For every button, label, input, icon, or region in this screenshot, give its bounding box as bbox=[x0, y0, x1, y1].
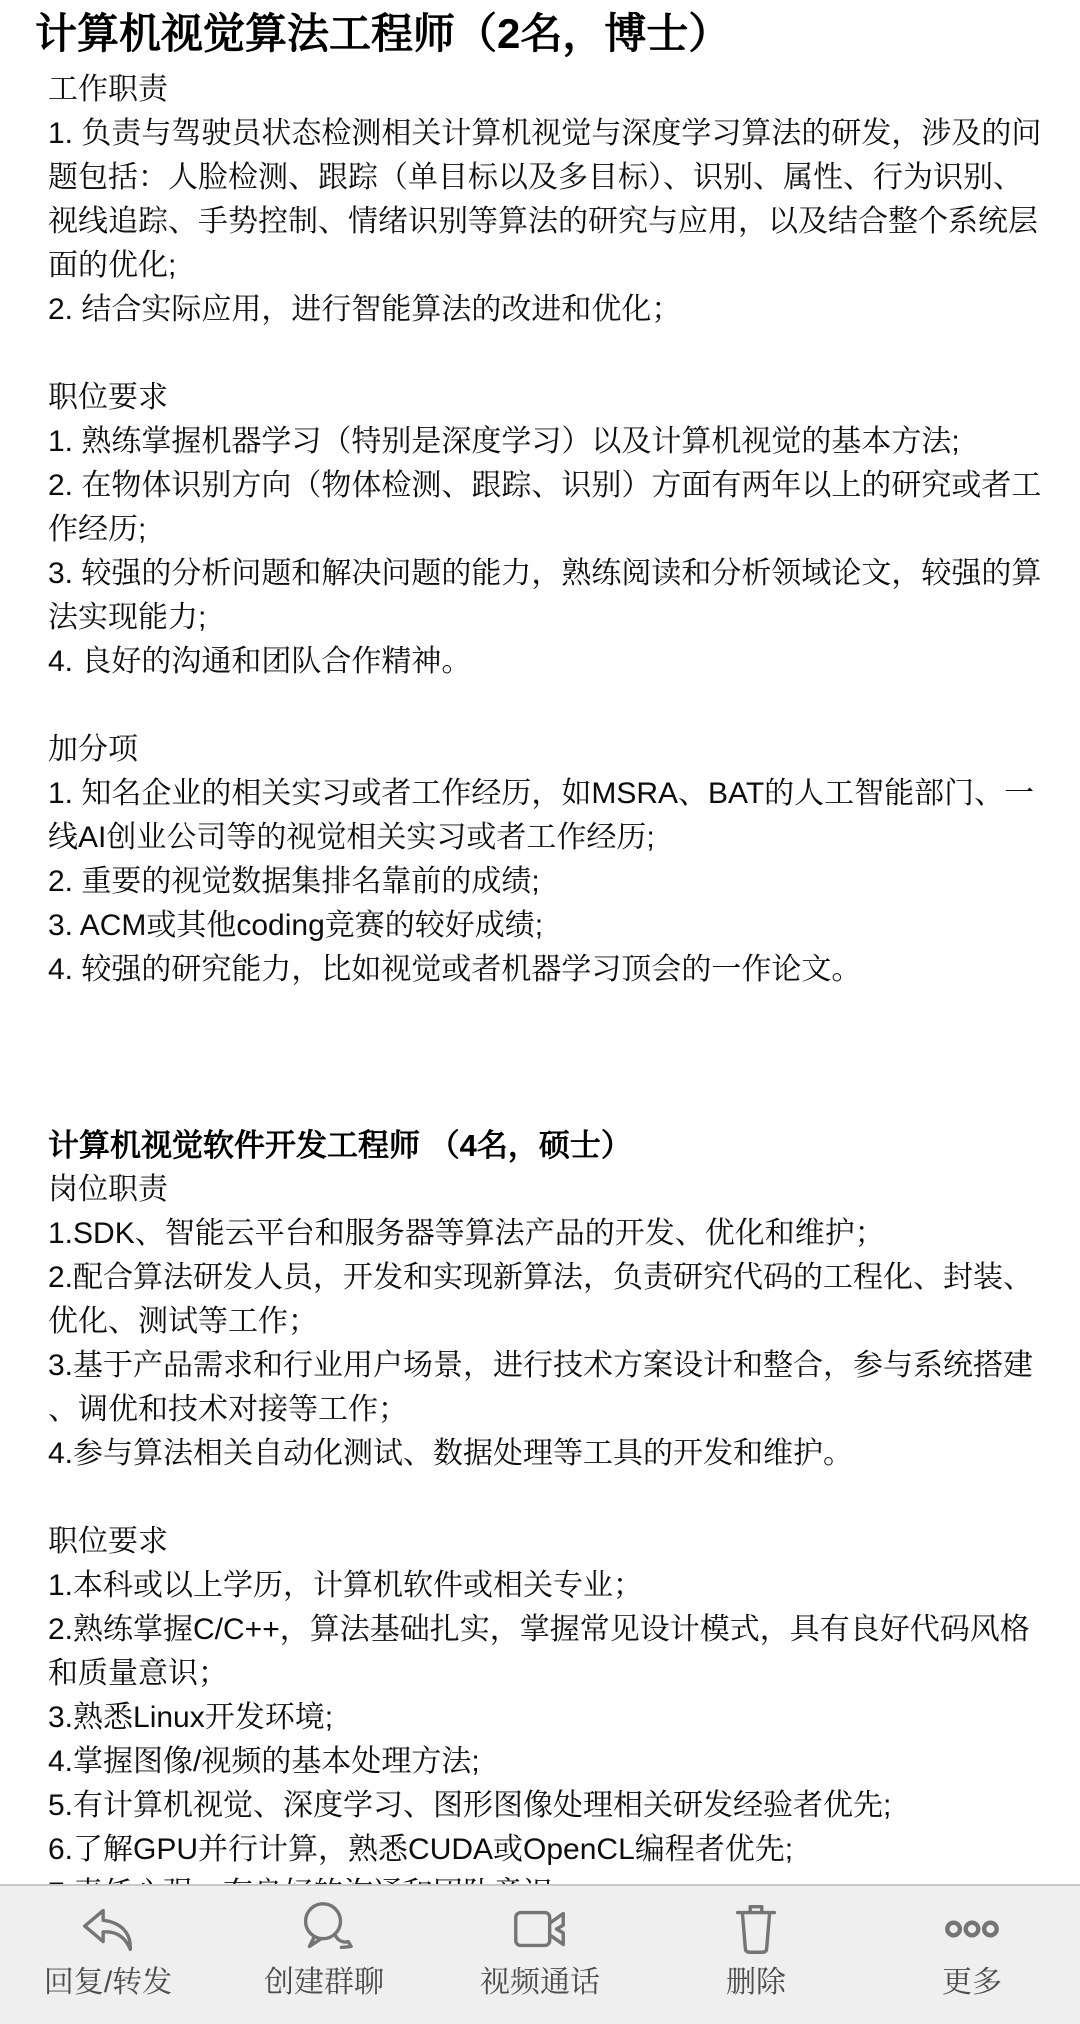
job2-section-duties-heading: 岗位职责 bbox=[48, 1168, 1046, 1212]
job1-requirement-item: 2. 在物体识别方向（物体检测、跟踪、识别）方面有两年以上的研究或者工作经历; bbox=[48, 464, 1046, 552]
bottom-action-toolbar: 回复/转发 创建群聊 视频通话 bbox=[0, 1884, 1080, 2024]
job1-requirement-item: 3. 较强的分析问题和解决问题的能力，熟练阅读和分析领域论文，较强的算法实现能力… bbox=[48, 552, 1046, 640]
job1-responsibility-item: 2. 结合实际应用，进行智能算法的改进和优化； bbox=[48, 288, 1046, 332]
more-button[interactable]: 更多 bbox=[864, 1886, 1080, 2024]
toolbar-item-label: 更多 bbox=[942, 1966, 1002, 2000]
job1-requirement-item: 1. 熟练掌握机器学习（特别是深度学习）以及计算机视觉的基本方法; bbox=[48, 420, 1046, 464]
message-detail-screen: 计算机视觉算法工程师（2名，博士） 工作职责 1. 负责与驾驶员状态检测相关计算… bbox=[0, 0, 1080, 2024]
job2-duty-item: 4.参与算法相关自动化测试、数据处理等工具的开发和维护。 bbox=[48, 1432, 1046, 1476]
create-group-chat-button[interactable]: 创建群聊 bbox=[216, 1886, 432, 2024]
job2-requirement-item: 1.本科或以上学历，计算机软件或相关专业； bbox=[48, 1564, 1046, 1608]
toolbar-item-label: 创建群聊 bbox=[264, 1966, 384, 2000]
job1-requirement-item: 4. 良好的沟通和团队合作精神。 bbox=[48, 640, 1046, 684]
job2-requirement-item: 6.了解GPU并行计算，熟悉CUDA或OpenCL编程者优先; bbox=[48, 1828, 1046, 1872]
job2-duty-item: 2.配合算法研发人员，开发和实现新算法，负责研究代码的工程化、封装、优化、测试等… bbox=[48, 1256, 1046, 1344]
job-posting-document: 计算机视觉算法工程师（2名，博士） 工作职责 1. 负责与驾驶员状态检测相关计算… bbox=[0, 0, 1080, 1916]
spacer bbox=[48, 992, 1046, 1124]
job1-title: 计算机视觉算法工程师（2名，博士） bbox=[35, 8, 1046, 60]
spacer bbox=[48, 332, 1046, 376]
toolbar-item-label: 视频通话 bbox=[480, 1966, 600, 2000]
job1-section-bonus-heading: 加分项 bbox=[48, 728, 1046, 772]
job1-section-requirements-heading: 职位要求 bbox=[48, 376, 1046, 420]
video-call-button[interactable]: 视频通话 bbox=[432, 1886, 648, 2024]
job1-responsibility-item: 1. 负责与驾驶员状态检测相关计算机视觉与深度学习算法的研发，涉及的问题包括：人… bbox=[48, 112, 1046, 288]
job1-bonus-item: 2. 重要的视觉数据集排名靠前的成绩; bbox=[48, 860, 1046, 904]
job1-bonus-item: 1. 知名企业的相关实习或者工作经历，如MSRA、BAT的人工智能部门、一线AI… bbox=[48, 772, 1046, 860]
delete-button[interactable]: 删除 bbox=[648, 1886, 864, 2024]
reply-forward-button[interactable]: 回复/转发 bbox=[0, 1886, 216, 2024]
job2-requirement-item: 3.熟悉Linux开发环境; bbox=[48, 1696, 1046, 1740]
job1-section-responsibilities-heading: 工作职责 bbox=[48, 68, 1046, 112]
spacer bbox=[48, 684, 1046, 728]
spacer bbox=[48, 1476, 1046, 1520]
job2-duty-item: 1.SDK、智能云平台和服务器等算法产品的开发、优化和维护； bbox=[48, 1212, 1046, 1256]
delete-icon bbox=[725, 1898, 787, 1960]
job2-requirement-item: 4.掌握图像/视频的基本处理方法; bbox=[48, 1740, 1046, 1784]
job2-section-requirements-heading: 职位要求 bbox=[48, 1520, 1046, 1564]
more-icon bbox=[941, 1898, 1003, 1960]
job2-duty-item: 3.基于产品需求和行业用户场景，进行技术方案设计和整合，参与系统搭建、调优和技术… bbox=[48, 1344, 1046, 1432]
toolbar-item-label: 回复/转发 bbox=[44, 1966, 172, 2000]
toolbar-item-label: 删除 bbox=[726, 1966, 786, 2000]
job1-bonus-item: 4. 较强的研究能力，比如视觉或者机器学习顶会的一作论文。 bbox=[48, 948, 1046, 992]
create-group-chat-icon bbox=[293, 1898, 355, 1960]
job2-requirement-item: 5.有计算机视觉、深度学习、图形图像处理相关研发经验者优先; bbox=[48, 1784, 1046, 1828]
video-call-icon bbox=[509, 1898, 571, 1960]
job1-bonus-item: 3. ACM或其他coding竞赛的较好成绩; bbox=[48, 904, 1046, 948]
job2-requirement-item: 2.熟练掌握C/C++，算法基础扎实，掌握常见设计模式，具有良好代码风格和质量意… bbox=[48, 1608, 1046, 1696]
reply-forward-icon bbox=[77, 1898, 139, 1960]
job2-title: 计算机视觉软件开发工程师 （4名，硕士） bbox=[48, 1124, 1046, 1168]
